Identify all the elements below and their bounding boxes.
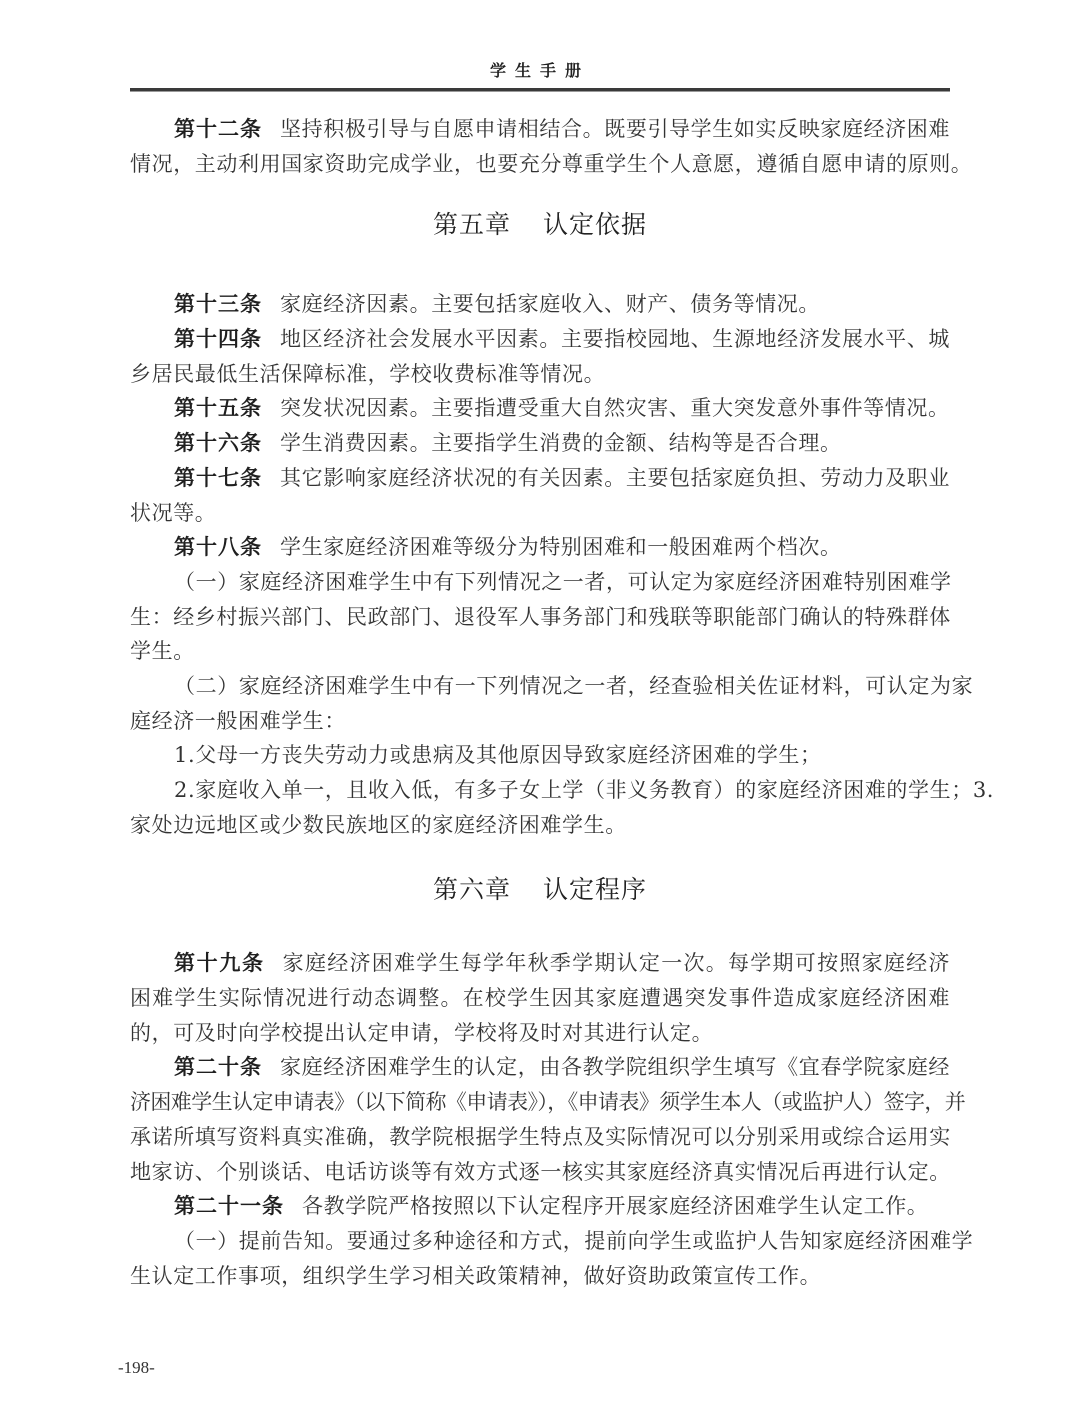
article-text: 家庭经济困难学生每学年秋季学期认定一次。每学期可按照家庭经济	[283, 951, 950, 975]
article-18: 第十八条学生家庭经济困难等级分为特别困难和一般困难两个档次。 （一）家庭经济困难…	[130, 530, 950, 842]
article-13: 第十三条家庭经济因素。主要包括家庭收入、财产、债务等情况。	[130, 287, 950, 322]
article-text: 乡居民最低生活保障标准，学校收费标准等情况。	[130, 357, 950, 392]
document-page: 学生手册 第十二条坚持积极引导与自愿申请相结合。既要引导学生如实反映家庭经济困难…	[0, 0, 1080, 1406]
article-text: 的，可及时向学校提出认定申请，学校将及时对其进行认定。	[130, 1016, 950, 1051]
article-19: 第十九条家庭经济困难学生每学年秋季学期认定一次。每学期可按照家庭经济 困难学生实…	[130, 946, 950, 1050]
running-head: 学生手册	[0, 58, 1080, 81]
clause-text: 学生。	[130, 634, 950, 669]
article-16: 第十六条学生消费因素。主要指学生消费的金额、结构等是否合理。	[130, 426, 950, 461]
article-text: 承诺所填写资料真实准确，教学院根据学生特点及实际情况可以分别采用或综合运用实	[130, 1120, 950, 1155]
article-20: 第二十条家庭经济困难学生的认定，由各教学院组织学生填写《宜春学院家庭经 济困难学…	[130, 1050, 950, 1189]
article-text: 学生家庭经济困难等级分为特别困难和一般困难两个档次。	[280, 535, 842, 559]
article-17: 第十七条其它影响家庭经济状况的有关因素。主要包括家庭负担、劳动力及职业 状况等。	[130, 461, 950, 530]
article-text: 家庭经济因素。主要包括家庭收入、财产、债务等情况。	[280, 292, 820, 316]
clause-text: （一）提前告知。要通过多种途径和方式，提前向学生或监护人告知家庭经济困难学	[130, 1224, 950, 1259]
article-14: 第十四条地区经济社会发展水平因素。主要指校园地、生源地经济发展水平、城 乡居民最…	[130, 322, 950, 391]
header-rule	[130, 88, 950, 92]
article-text: 突发状况因素。主要指遭受重大自然灾害、重大突发意外事件等情况。	[280, 396, 950, 420]
article-text: 各教学院严格按照以下认定程序开展家庭经济困难学生认定工作。	[302, 1194, 928, 1218]
article-text: 状况等。	[130, 496, 950, 531]
chapter-heading-6: 第六章认定程序	[130, 870, 950, 910]
chapter-title: 认定程序	[543, 875, 647, 904]
article-text: 地区经济社会发展水平因素。主要指校园地、生源地经济发展水平、城	[280, 327, 950, 351]
chapter-number: 第五章	[433, 210, 511, 239]
article-15: 第十五条突发状况因素。主要指遭受重大自然灾害、重大突发意外事件等情况。	[130, 391, 950, 426]
article-text: 家庭经济困难学生的认定，由各教学院组织学生填写《宜春学院家庭经	[280, 1055, 950, 1079]
article-text: 学生消费因素。主要指学生消费的金额、结构等是否合理。	[280, 431, 842, 455]
clause-text: 生：经乡村振兴部门、民政部门、退役军人事务部门和残联等职能部门确认的特殊群体	[130, 600, 950, 635]
list-item: 家处边远地区或少数民族地区的家庭经济困难学生。	[130, 808, 950, 843]
article-text: 其它影响家庭经济状况的有关因素。主要包括家庭负担、劳动力及职业	[280, 466, 950, 490]
chapter-heading-5: 第五章认定依据	[130, 205, 950, 245]
clause-text: 生认定工作事项，组织学生学习相关政策精神，做好资助政策宣传工作。	[130, 1259, 950, 1294]
clause-text: （二）家庭经济困难学生中有一下列情况之一者，经查验相关佐证材料，可认定为家	[130, 669, 950, 704]
page-number: -198-	[118, 1358, 155, 1378]
article-text: 困难学生实际情况进行动态调整。在校学生因其家庭遭遇突发事件造成家庭经济困难	[130, 981, 950, 1016]
chapter-number: 第六章	[433, 875, 511, 904]
article-label: 第十二条	[174, 117, 262, 141]
list-item: 1.父母一方丧失劳动力或患病及其他原因导致家庭经济困难的学生；	[130, 738, 950, 773]
clause-text: 庭经济一般困难学生：	[130, 704, 950, 739]
article-label: 第十八条	[174, 535, 262, 559]
article-text: 济困难学生认定申请表》（以下简称《申请表》），《申请表》须学生本人（或监护人）签…	[130, 1085, 950, 1120]
article-text: 情况，主动利用国家资助完成学业，也要充分尊重学生个人意愿，遵循自愿申请的原则。	[130, 147, 950, 182]
article-label: 第十六条	[174, 431, 262, 455]
page-body: 第十二条坚持积极引导与自愿申请相结合。既要引导学生如实反映家庭经济困难 情况，主…	[130, 112, 950, 1293]
list-item: 2.家庭收入单一，且收入低，有多子女上学（非义务教育）的家庭经济困难的学生；3.	[130, 773, 950, 808]
article-text: 地家访、个别谈话、电话访谈等有效方式逐一核实其家庭经济真实情况后再进行认定。	[130, 1155, 950, 1190]
article-12: 第十二条坚持积极引导与自愿申请相结合。既要引导学生如实反映家庭经济困难 情况，主…	[130, 112, 950, 181]
article-label: 第十七条	[174, 466, 262, 490]
article-label: 第十九条	[174, 951, 265, 975]
article-label: 第十三条	[174, 292, 262, 316]
article-label: 第十四条	[174, 327, 262, 351]
clause-text: （一）家庭经济困难学生中有下列情况之一者，可认定为家庭经济困难特别困难学	[130, 565, 950, 600]
article-label: 第二十一条	[174, 1194, 284, 1218]
article-21: 第二十一条各教学院严格按照以下认定程序开展家庭经济困难学生认定工作。 （一）提前…	[130, 1189, 950, 1293]
chapter-title: 认定依据	[543, 210, 647, 239]
article-label: 第二十条	[174, 1055, 262, 1079]
article-label: 第十五条	[174, 396, 262, 420]
article-text: 坚持积极引导与自愿申请相结合。既要引导学生如实反映家庭经济困难	[280, 117, 950, 141]
